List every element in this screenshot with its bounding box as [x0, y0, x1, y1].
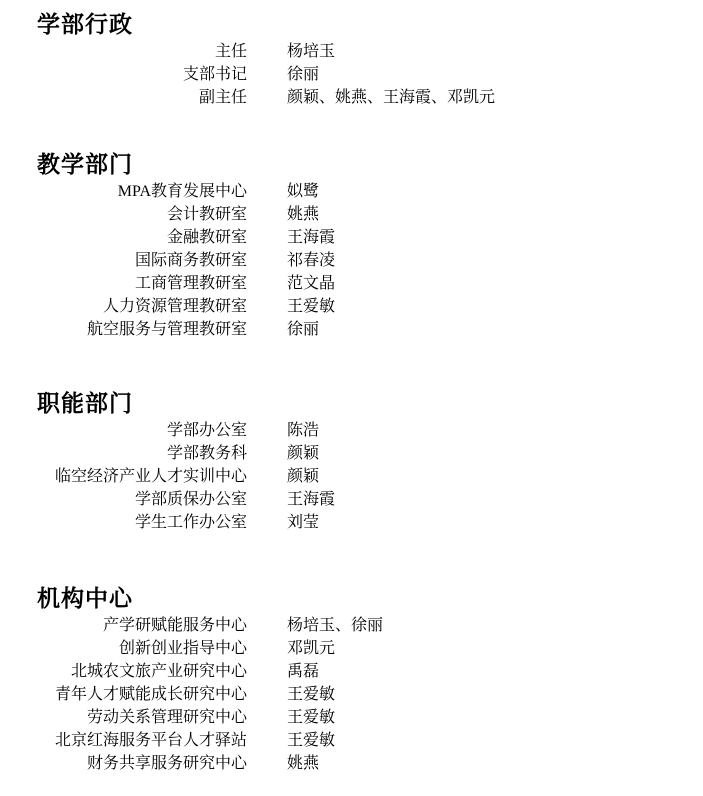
department-label: 学生工作办公室: [37, 511, 247, 534]
org-row: 青年人才赋能成长研究中心 王爱敏: [37, 683, 683, 706]
org-row: 航空服务与管理教研室 徐丽: [37, 318, 683, 341]
org-row: 北京红海服务平台人才驿站 王爱敏: [37, 729, 683, 752]
section-institution-centers: 机构中心 产学研赋能服务中心 杨培玉、徐丽 创新创业指导中心 邓凯元 北城农文旅…: [37, 584, 683, 775]
org-row: 金融教研室 王海霞: [37, 226, 683, 249]
person-name: 徐丽: [287, 318, 319, 341]
department-label: 学部质保办公室: [37, 488, 247, 511]
person-name: 王爱敏: [287, 706, 335, 729]
person-name: 徐丽: [287, 63, 319, 86]
section-functional-departments: 职能部门 学部办公室 陈浩 学部教务科 颜颖 临空经济产业人才实训中心 颜颖 学…: [37, 389, 683, 534]
person-name: 颜颖: [287, 442, 319, 465]
person-name: 祁春凌: [287, 249, 335, 272]
org-row: 学部办公室 陈浩: [37, 419, 683, 442]
role-label: 主任: [37, 40, 247, 63]
person-name: 杨培玉: [287, 40, 335, 63]
person-name: 颜颖、姚燕、王海霞、邓凯元: [287, 86, 495, 109]
department-label: 北城农文旅产业研究中心: [37, 660, 247, 683]
role-label: 支部书记: [37, 63, 247, 86]
section-title: 学部行政: [37, 10, 683, 40]
person-name: 颜颖: [287, 465, 319, 488]
person-name: 陈浩: [287, 419, 319, 442]
department-label: 劳动关系管理研究中心: [37, 706, 247, 729]
section-teaching-departments: 教学部门 MPA教育发展中心 姒鹭 会计教研室 姚燕 金融教研室 王海霞 国际商…: [37, 150, 683, 341]
person-name: 姚燕: [287, 203, 319, 226]
section-title: 教学部门: [37, 150, 683, 180]
org-row: 劳动关系管理研究中心 王爱敏: [37, 706, 683, 729]
org-row: MPA教育发展中心 姒鹭: [37, 180, 683, 203]
org-row: 学部质保办公室 王海霞: [37, 488, 683, 511]
document-page: 学部行政 主任 杨培玉 支部书记 徐丽 副主任 颜颖、姚燕、王海霞、邓凯元 教学…: [0, 0, 703, 796]
role-label: 副主任: [37, 86, 247, 109]
person-name: 王爱敏: [287, 295, 335, 318]
person-name: 王爱敏: [287, 683, 335, 706]
department-label: 金融教研室: [37, 226, 247, 249]
person-name: 王海霞: [287, 226, 335, 249]
department-label: 航空服务与管理教研室: [37, 318, 247, 341]
person-name: 王海霞: [287, 488, 335, 511]
department-label: 学部教务科: [37, 442, 247, 465]
org-row: 学部教务科 颜颖: [37, 442, 683, 465]
department-label: 学部办公室: [37, 419, 247, 442]
org-row: 财务共享服务研究中心 姚燕: [37, 752, 683, 775]
department-label: 临空经济产业人才实训中心: [37, 465, 247, 488]
org-row: 副主任 颜颖、姚燕、王海霞、邓凯元: [37, 86, 683, 109]
person-name: 王爱敏: [287, 729, 335, 752]
department-label: 会计教研室: [37, 203, 247, 226]
section-title: 机构中心: [37, 584, 683, 614]
org-row: 产学研赋能服务中心 杨培玉、徐丽: [37, 614, 683, 637]
department-label: 产学研赋能服务中心: [37, 614, 247, 637]
org-row: 国际商务教研室 祁春凌: [37, 249, 683, 272]
person-name: 邓凯元: [287, 637, 335, 660]
org-row: 支部书记 徐丽: [37, 63, 683, 86]
person-name: 禹磊: [287, 660, 319, 683]
person-name: 姒鹭: [287, 180, 319, 203]
person-name: 范文晶: [287, 272, 335, 295]
department-label: 北京红海服务平台人才驿站: [37, 729, 247, 752]
person-name: 刘莹: [287, 511, 319, 534]
org-row: 人力资源管理教研室 王爱敏: [37, 295, 683, 318]
org-row: 临空经济产业人才实训中心 颜颖: [37, 465, 683, 488]
department-label: 创新创业指导中心: [37, 637, 247, 660]
section-faculty-administration: 学部行政 主任 杨培玉 支部书记 徐丽 副主任 颜颖、姚燕、王海霞、邓凯元: [37, 10, 683, 109]
org-row: 创新创业指导中心 邓凯元: [37, 637, 683, 660]
person-name: 姚燕: [287, 752, 319, 775]
department-label: 工商管理教研室: [37, 272, 247, 295]
person-name: 杨培玉、徐丽: [287, 614, 383, 637]
section-title: 职能部门: [37, 389, 683, 419]
department-label: 国际商务教研室: [37, 249, 247, 272]
org-row: 会计教研室 姚燕: [37, 203, 683, 226]
org-row: 主任 杨培玉: [37, 40, 683, 63]
department-label: 青年人才赋能成长研究中心: [37, 683, 247, 706]
department-label: 人力资源管理教研室: [37, 295, 247, 318]
department-label: 财务共享服务研究中心: [37, 752, 247, 775]
org-row: 工商管理教研室 范文晶: [37, 272, 683, 295]
org-row: 学生工作办公室 刘莹: [37, 511, 683, 534]
org-row: 北城农文旅产业研究中心 禹磊: [37, 660, 683, 683]
department-label: MPA教育发展中心: [37, 180, 247, 203]
